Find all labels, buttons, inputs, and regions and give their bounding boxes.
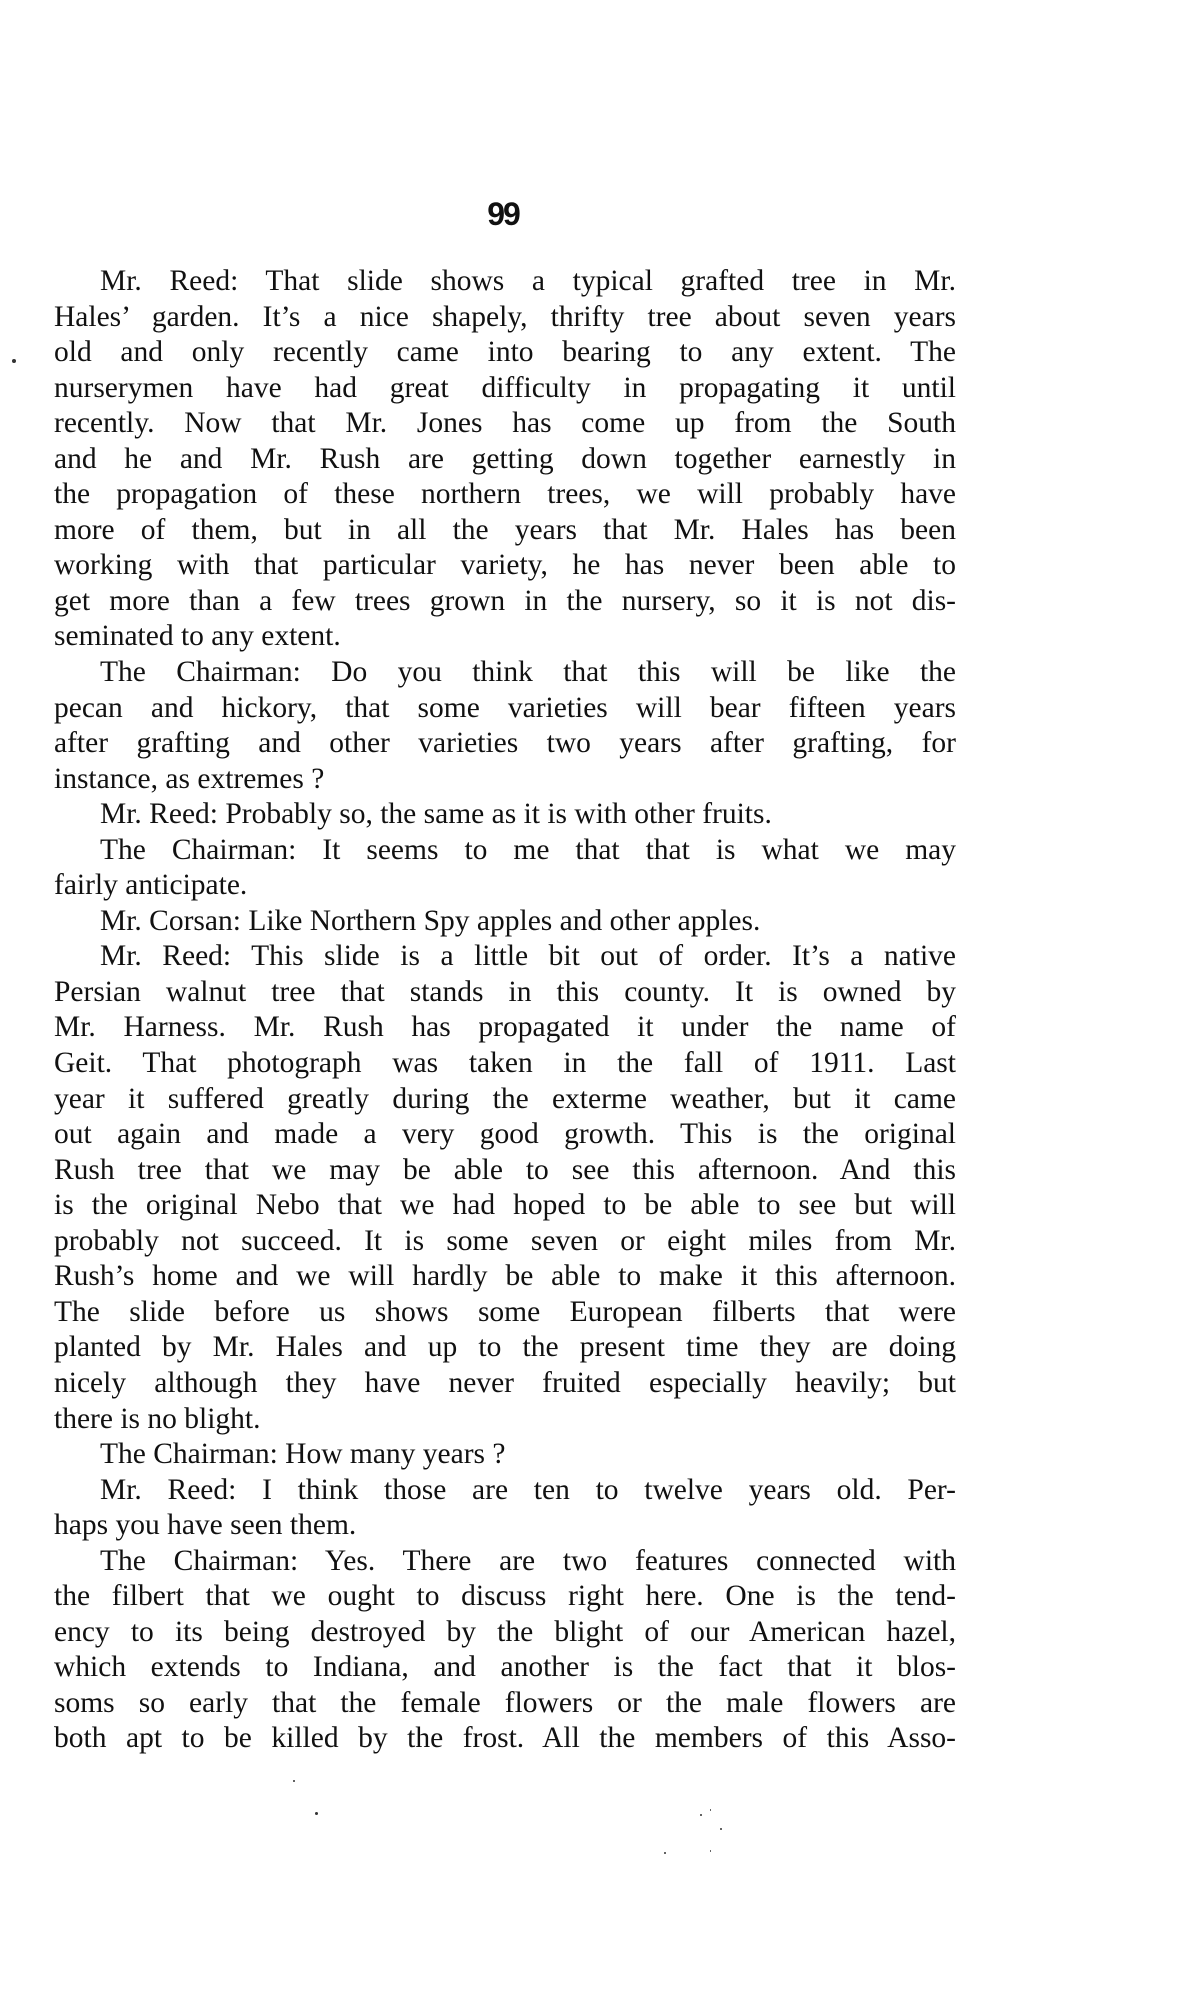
text-line: working with that particular variety, he… (54, 548, 956, 584)
text-line: fairly anticipate. (54, 868, 956, 904)
text-line: is the original Nebo that we had hoped t… (54, 1188, 956, 1224)
text-line: more of them, but in all the years that … (54, 513, 956, 549)
text-line: out again and made a very good growth. T… (54, 1117, 956, 1153)
text-line: seminated to any extent. (54, 619, 956, 655)
text-line: after grafting and other varieties two y… (54, 726, 956, 762)
text-line: ency to its being destroyed by the bligh… (54, 1615, 956, 1651)
text-line: Mr. Reed: Probably so, the same as it is… (54, 797, 956, 833)
text-line: Mr. Corsan: Like Northern Spy apples and… (54, 904, 956, 940)
scan-speck (720, 1828, 722, 1830)
scan-speck (700, 1814, 702, 1816)
text-line: both apt to be killed by the frost. All … (54, 1721, 956, 1757)
text-line: Rush’s home and we will hardly be able t… (54, 1259, 956, 1295)
text-line: The Chairman: Do you think that this wil… (54, 655, 956, 691)
text-line: soms so early that the female flowers or… (54, 1686, 956, 1722)
text-line: nurserymen have had great difficulty in … (54, 371, 956, 407)
text-line: haps you have seen them. (54, 1508, 956, 1544)
text-line: year it suffered greatly during the exte… (54, 1082, 956, 1118)
text-line: recently. Now that Mr. Jones has come up… (54, 406, 956, 442)
text-line: Mr. Reed: This slide is a little bit out… (54, 939, 956, 975)
text-line: pecan and hickory, that some varieties w… (54, 691, 956, 727)
text-line: The slide before us shows some European … (54, 1295, 956, 1331)
text-line: get more than a few trees grown in the n… (54, 584, 956, 620)
scan-speck (710, 1850, 711, 1852)
text-line: The Chairman: How many years ? (54, 1437, 956, 1473)
page-number: 99 (0, 196, 1006, 232)
text-line: Mr. Harness. Mr. Rush has propagated it … (54, 1010, 956, 1046)
text-line: The Chairman: It seems to me that that i… (54, 833, 956, 869)
text-line: the filbert that we ought to discuss rig… (54, 1579, 956, 1615)
text-line: Geit. That photograph was taken in the f… (54, 1046, 956, 1082)
text-line: Persian walnut tree that stands in this … (54, 975, 956, 1011)
text-line: and he and Mr. Rush are getting down tog… (54, 442, 956, 478)
scan-speck (664, 1852, 666, 1854)
scan-speck (710, 1809, 711, 1811)
text-line: the propagation of these northern trees,… (54, 477, 956, 513)
text-line: nicely although they have never fruited … (54, 1366, 956, 1402)
text-line: probably not succeed. It is some seven o… (54, 1224, 956, 1260)
text-line: Hales’ garden. It’s a nice shapely, thri… (54, 300, 956, 336)
text-line: planted by Mr. Hales and up to the prese… (54, 1330, 956, 1366)
scan-speck (12, 359, 16, 363)
text-line: instance, as extremes ? (54, 762, 956, 798)
body-text: Mr. Reed: That slide shows a typical gra… (54, 264, 956, 1757)
text-line: old and only recently came into bearing … (54, 335, 956, 371)
scan-speck (293, 1780, 295, 1782)
text-line: Rush tree that we may be able to see thi… (54, 1153, 956, 1189)
text-line: Mr. Reed: That slide shows a typical gra… (54, 264, 956, 300)
text-line: which extends to Indiana, and another is… (54, 1650, 956, 1686)
scan-speck (315, 1812, 318, 1815)
text-line: The Chairman: Yes. There are two feature… (54, 1544, 956, 1580)
text-line: Mr. Reed: I think those are ten to twelv… (54, 1473, 956, 1509)
text-line: there is no blight. (54, 1402, 956, 1438)
